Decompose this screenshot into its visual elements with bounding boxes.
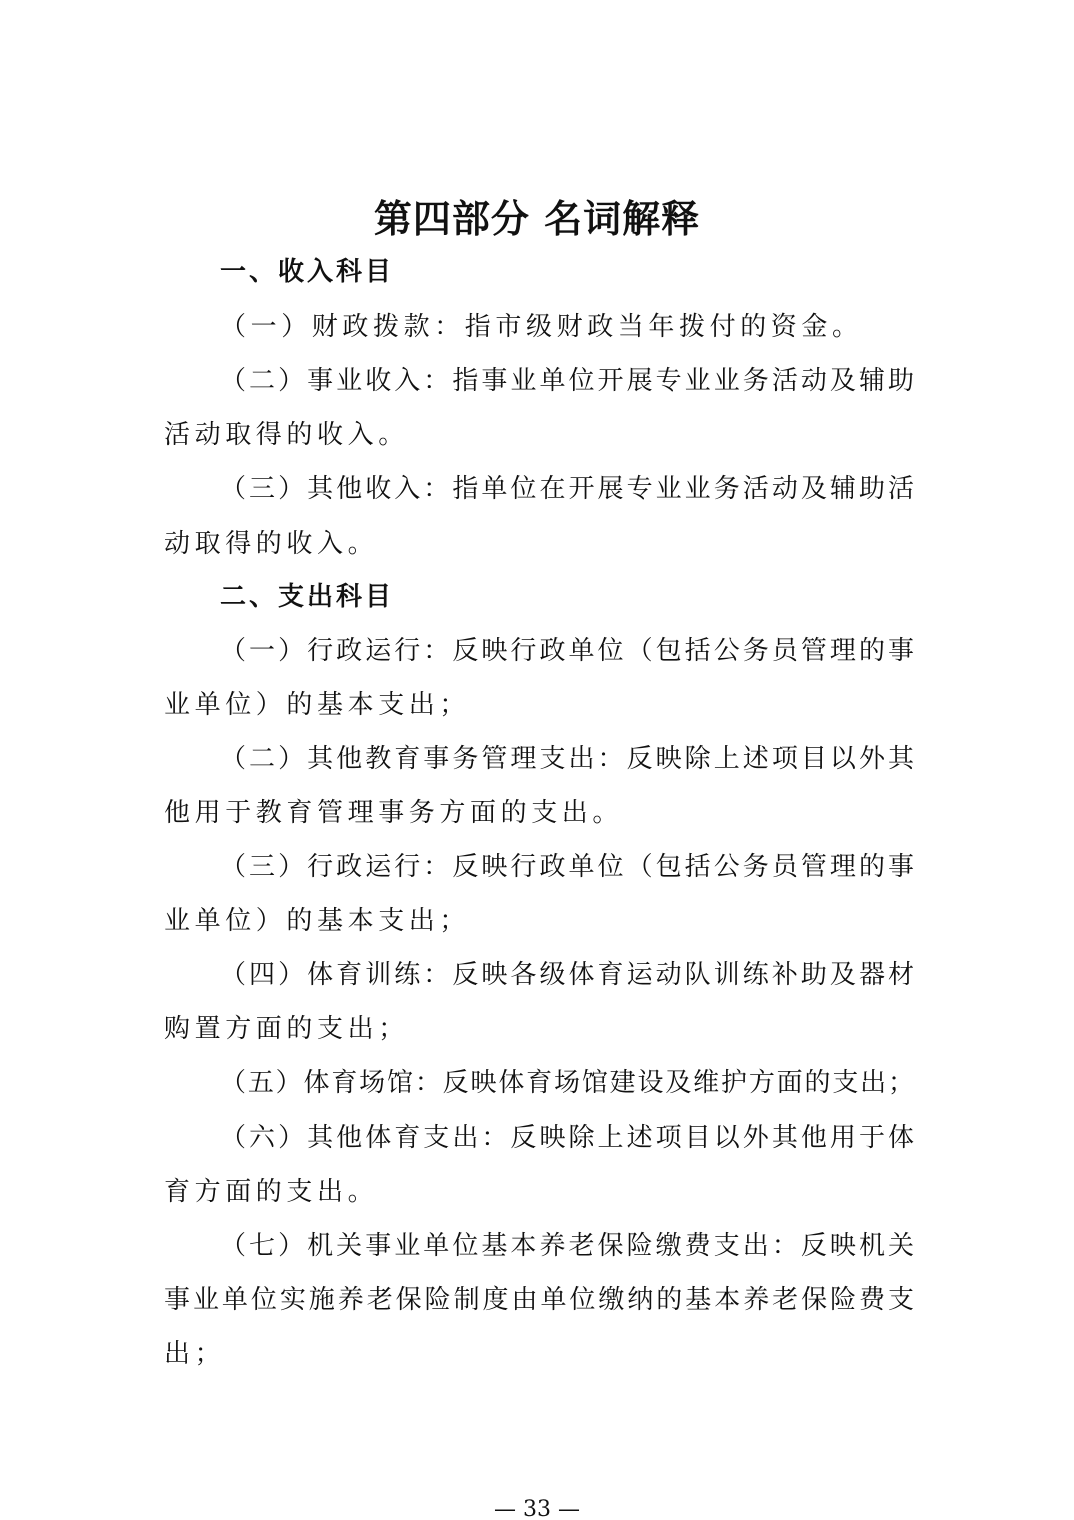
page-number: — 33 — [0,1498,1074,1520]
expense-item-1: （一）行政运行：反映行政单位（包括公务员管理的事 [220,633,914,669]
expense-item-7-cont2: 出； [164,1336,914,1372]
income-item-2-cont: 活动取得的收入。 [164,417,914,453]
page-title: 第四部分 名词解释 [0,188,1074,243]
expense-item-5: （五）体育场馆：反映体育场馆建设及维护方面的支出； [220,1065,914,1101]
expense-item-2: （二）其他教育事务管理支出：反映除上述项目以外其 [220,741,914,777]
expense-item-1-cont: 业单位）的基本支出； [164,687,914,723]
section-heading-income: 一、收入科目 [220,254,914,290]
expense-item-7: （七）机关事业单位基本养老保险缴费支出：反映机关 [220,1228,914,1264]
expense-item-6: （六）其他体育支出：反映除上述项目以外其他用于体 [220,1120,914,1156]
income-item-3-cont: 动取得的收入。 [164,526,914,562]
expense-item-6-cont: 育方面的支出。 [164,1174,914,1210]
expense-item-2-cont: 他用于教育管理事务方面的支出。 [164,795,914,831]
income-item-1: （一）财政拨款：指市级财政当年拨付的资金。 [220,309,914,345]
section-heading-expense: 二、支出科目 [220,579,914,615]
income-item-3: （三）其他收入：指单位在开展专业业务活动及辅助活 [220,471,914,507]
expense-item-4-cont: 购置方面的支出； [164,1011,914,1047]
income-item-2: （二）事业收入：指事业单位开展专业业务活动及辅助 [220,363,914,399]
expense-item-4: （四）体育训练：反映各级体育运动队训练补助及器材 [220,957,914,993]
expense-item-3: （三）行政运行：反映行政单位（包括公务员管理的事 [220,849,914,885]
expense-item-3-cont: 业单位）的基本支出； [164,903,914,939]
expense-item-7-cont: 事业单位实施养老保险制度由单位缴纳的基本养老保险费支 [164,1282,914,1318]
